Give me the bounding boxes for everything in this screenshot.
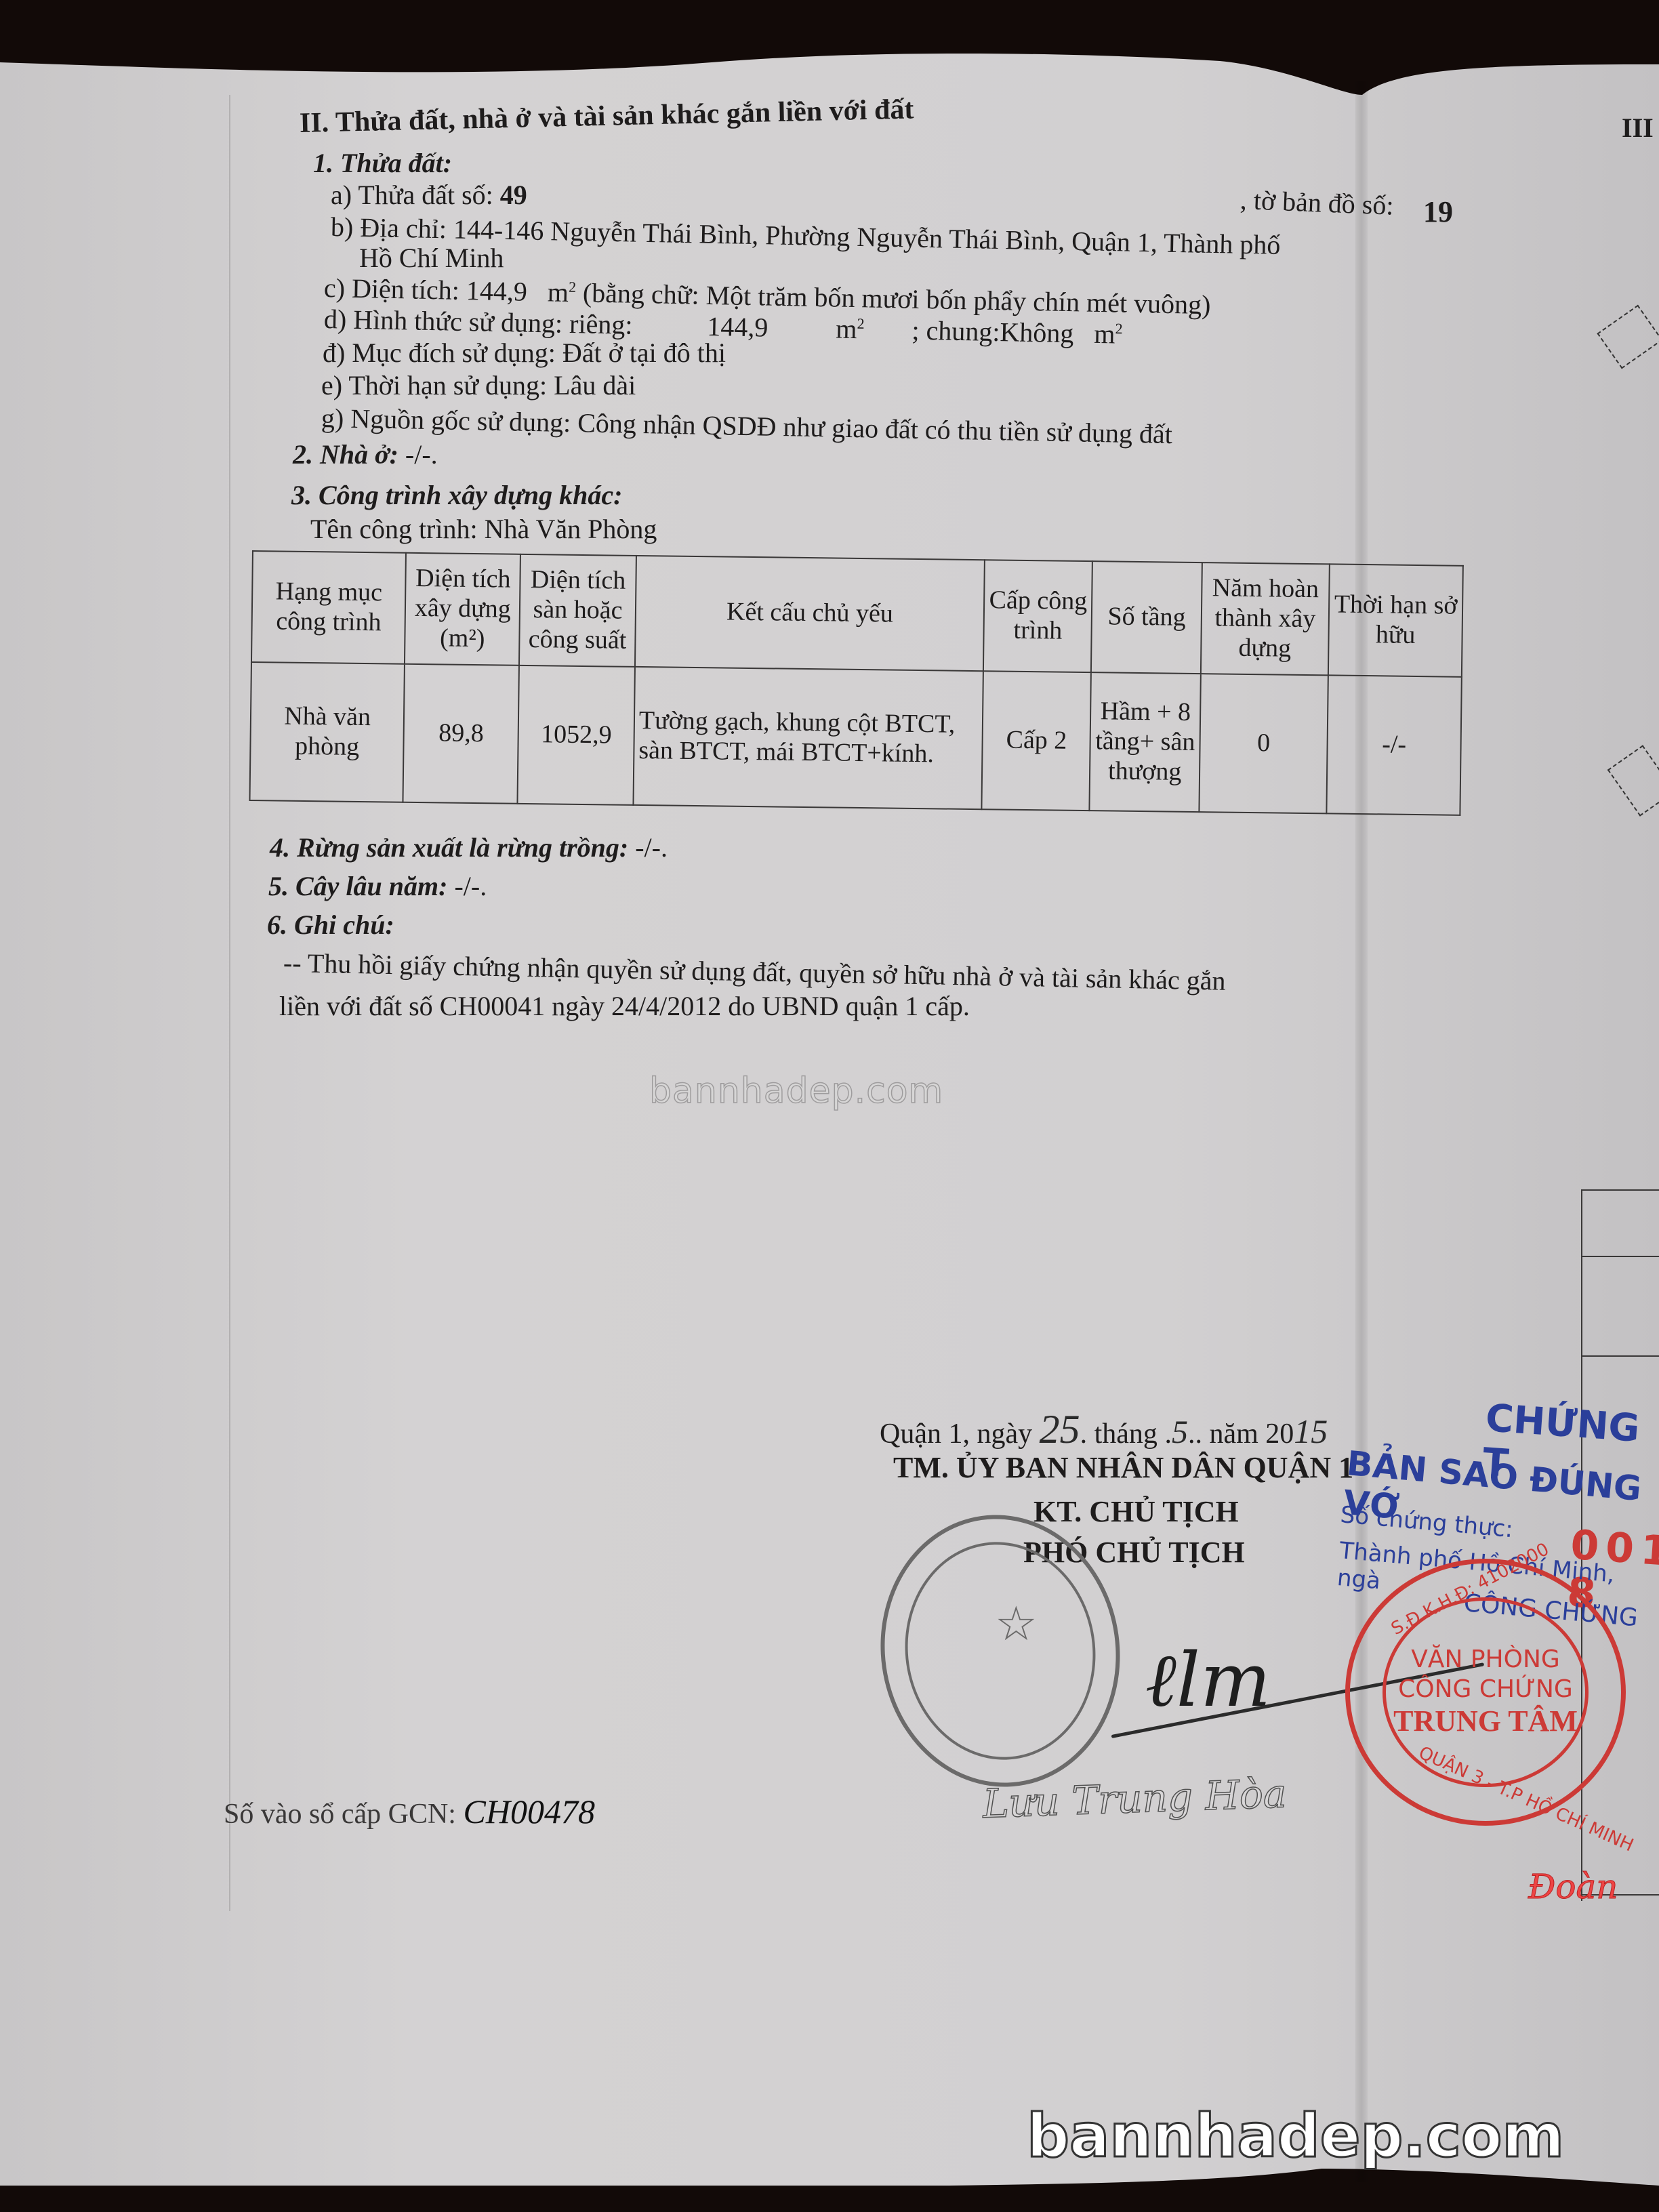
signing-year-suffix: 15 xyxy=(1294,1412,1328,1450)
construction-name: Nhà Văn Phòng xyxy=(485,514,657,544)
plot-sketch-icon xyxy=(1597,305,1659,369)
registration-number: CH00478 xyxy=(463,1793,594,1830)
table-header-row: Hạng mục công trình Diện tích xây dựng (… xyxy=(251,551,1463,677)
on-behalf-title: KT. CHỦ TỊCH xyxy=(1033,1494,1239,1529)
forest-value: -/-. xyxy=(635,832,668,863)
area-unit: m xyxy=(547,276,569,308)
usage-term: Lâu dài xyxy=(554,370,636,401)
usage-term-label: e) Thời hạn sử dụng: xyxy=(321,370,547,401)
address-line-2: Hồ Chí Minh xyxy=(359,243,504,274)
construction-name-row: Tên công trình: Nhà Văn Phòng xyxy=(310,514,657,545)
signing-date: Quận 1, ngày 25. tháng .5.. năm 2015 xyxy=(880,1406,1328,1453)
usage-origin-row: g) Nguồn gốc sử dụng: Công nhận QSDĐ như… xyxy=(321,403,1173,450)
table-row: Nhà văn phòng 89,8 1052,9 Tường gạch, kh… xyxy=(249,662,1461,815)
notary-signer: Đoàn xyxy=(1528,1867,1618,1906)
usage-purpose-row: đ) Mục đích sử dụng: Đất ở tại đô thị xyxy=(323,337,726,369)
registration-row: Số vào sổ cấp GCN: CH00478 xyxy=(224,1793,595,1832)
cell-structure: Tường gạch, khung cột BTCT, sàn BTCT, má… xyxy=(633,667,983,809)
certificate-sheet: III II. Thửa đất, nhà ở và tài sản khác … xyxy=(0,0,1659,2212)
usage-origin-label: g) Nguồn gốc sử dụng: xyxy=(321,403,571,438)
house-row: 2. Nhà ở: -/-. xyxy=(293,439,438,470)
usage-purpose: Đất ở tại đô thị xyxy=(562,337,726,368)
usage-origin: Công nhận QSDĐ như giao đất có thu tiền … xyxy=(577,407,1172,449)
seal-line-1: VĂN PHÒNG xyxy=(1411,1645,1560,1674)
cell-floor-area: 1052,9 xyxy=(518,665,635,805)
area-value: 144,9 xyxy=(466,275,527,307)
col-header-floor-area: Diện tích sàn hoặc công suất xyxy=(519,554,636,667)
signing-month-label: tháng xyxy=(1094,1418,1158,1450)
usage-purpose-label: đ) Mục đích sử dụng: xyxy=(323,337,556,368)
forest-heading: 4. Rừng sản xuất là rừng trồng: xyxy=(270,832,628,863)
construction-name-label: Tên công trình: xyxy=(310,514,478,544)
area-label: c) Diện tích: xyxy=(324,272,460,306)
house-value: -/-. xyxy=(405,439,438,470)
plot-number: 49 xyxy=(500,180,527,210)
construction-table: Hạng mục công trình Diện tích xây dựng (… xyxy=(249,550,1463,816)
notes-line-1: -- Thu hồi giấy chứng nhận quyền sử dụng… xyxy=(283,947,1226,997)
address-line-1: 144-146 Nguyễn Thái Bình, Phường Nguyễn … xyxy=(453,213,1281,260)
perennial-heading: 5. Cây lâu năm: xyxy=(268,871,447,901)
plot-number-row: a) Thửa đất số: 49 xyxy=(331,180,527,211)
notes-heading: 6. Ghi chú: xyxy=(267,909,394,941)
registration-label: Số vào sổ cấp GCN: xyxy=(224,1799,456,1830)
construction-heading: 3. Công trình xây dựng khác: xyxy=(291,480,623,511)
perennial-row: 5. Cây lâu năm: -/-. xyxy=(268,871,487,902)
signer-name: Lưu Trung Hòa xyxy=(982,1770,1288,1827)
plot-sketch-icon xyxy=(1607,745,1659,817)
col-header-structure: Kết cấu chủ yếu xyxy=(635,556,985,671)
signing-month: 5 xyxy=(1172,1414,1188,1450)
signing-year-label: năm 20 xyxy=(1209,1418,1294,1450)
cell-completion-year: 0 xyxy=(1199,674,1328,813)
star-icon: ☆ xyxy=(995,1596,1038,1652)
notes-line-2: liền với đất số CH00041 ngày 24/4/2012 d… xyxy=(279,991,970,1022)
col-header-item: Hạng mục công trình xyxy=(251,551,406,664)
signing-day: 25 xyxy=(1040,1407,1080,1452)
land-plot-heading: 1. Thửa đất: xyxy=(313,148,452,179)
col-header-floors: Số tầng xyxy=(1091,561,1202,674)
cell-ownership-term: -/- xyxy=(1326,675,1461,815)
usage-shared-label: ; chung:Không xyxy=(912,315,1074,349)
signing-place: Quận 1, ngày xyxy=(880,1418,1032,1450)
col-header-completion-year: Năm hoàn thành xây dựng xyxy=(1201,562,1330,675)
usage-term-row: e) Thời hạn sử dụng: Lâu dài xyxy=(321,370,636,401)
forest-row: 4. Rừng sản xuất là rừng trồng: -/-. xyxy=(270,832,668,863)
cell-build-area: 89,8 xyxy=(403,664,519,804)
seal-line-2: CÔNG CHỨNG xyxy=(1398,1675,1573,1704)
authority-title: TM. ỦY BAN NHÂN DÂN QUẬN 1 xyxy=(893,1450,1353,1485)
cell-grade: Cấp 2 xyxy=(982,671,1092,811)
next-section-marker: III xyxy=(1622,112,1654,144)
perennial-value: -/-. xyxy=(454,871,487,901)
plot-number-label: a) Thửa đất số: xyxy=(331,180,493,210)
section-title: II. Thửa đất, nhà ở và tài sản khác gắn … xyxy=(299,93,914,140)
watermark-bottom: bannhadep.com xyxy=(1027,2101,1564,2171)
cell-floors: Hầm + 8 tầng+ sân thượng xyxy=(1090,672,1201,812)
map-sheet-label: , tờ bản đồ số: xyxy=(1240,184,1394,222)
seal-line-3: TRUNG TÂM xyxy=(1393,1704,1578,1740)
house-heading: 2. Nhà ở: xyxy=(293,439,398,470)
col-header-build-area: Diện tích xây dựng (m²) xyxy=(405,553,520,665)
col-header-grade: Cấp công trình xyxy=(983,560,1092,672)
address-label: b) Địa chỉ: xyxy=(331,211,447,244)
watermark-center: bannhadep.com xyxy=(649,1071,943,1111)
map-sheet-number: 19 xyxy=(1423,195,1453,230)
cell-item: Nhà văn phòng xyxy=(249,662,405,802)
col-header-ownership-term: Thời hạn sở hữu xyxy=(1328,564,1463,676)
usage-form-label: d) Hình thức sử dụng: riêng: xyxy=(324,304,633,340)
